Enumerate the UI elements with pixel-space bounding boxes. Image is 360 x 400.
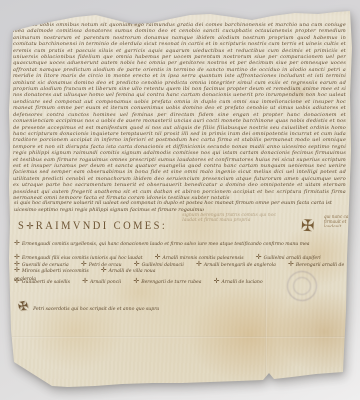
- faint-subscription-note: signum berengarii fratris comitis qui ho…: [182, 213, 290, 227]
- witness-row-3: ✛Guilaberti de salellis ✛Arnalli poncii …: [14, 274, 314, 288]
- witness-entry: ✛Arnalli de luciano: [214, 268, 263, 287]
- signum-cross-icon: ✛: [134, 260, 140, 268]
- signum-cross-icon: ✛: [82, 277, 88, 285]
- signum-cross-icon: ✛: [81, 260, 87, 268]
- scribe-signum-icon: ✠: [17, 298, 29, 314]
- parchment-shadow: Gracias uobis omnibus notum sit quoniam …: [0, 0, 360, 400]
- right-subscription-note: qui hanc cartam firmauit et laudauit: [324, 215, 360, 227]
- photograph-background: Gracias uobis omnibus notum sit quoniam …: [0, 0, 360, 400]
- signum-cross-icon: ✛: [133, 277, 139, 285]
- witness-entry: ✛Berengarii de turre rubea: [133, 268, 201, 287]
- scribe-line-text: Petri sacerdotis qui hoc scripsit die et…: [33, 307, 159, 312]
- witness-entry: ✛Guilaberti de salellis: [14, 268, 70, 287]
- vertical-fold-crease-upper: [178, 20, 180, 205]
- witness-name: Guilaberti de salellis: [22, 280, 70, 285]
- vertical-fold-crease: [265, 248, 267, 380]
- witness-name: Berengarii de turre rubea: [141, 280, 201, 285]
- signum-cross-icon: ✛: [214, 277, 220, 285]
- witness-entry: ✛Arnalli poncii: [82, 268, 121, 287]
- signum-cross-icon: ✛: [14, 277, 20, 285]
- witness-name: Arnalli de luciano: [221, 280, 262, 285]
- parchment-document: Gracias uobis omnibus notum sit quoniam …: [0, 0, 360, 400]
- witness-name: Arnalli poncii: [90, 280, 121, 285]
- horizontal-fold-crease: [12, 336, 346, 338]
- signum-cross-icon: ✛: [288, 260, 294, 268]
- dating-clause-line-1: si quis hoc disrumpere uoluerit nil uale…: [14, 200, 332, 206]
- signum-cross-icon: ✛: [196, 260, 202, 268]
- scribe-subscription-row: ✠Petri sacerdotis qui hoc scripsit die e…: [18, 295, 238, 314]
